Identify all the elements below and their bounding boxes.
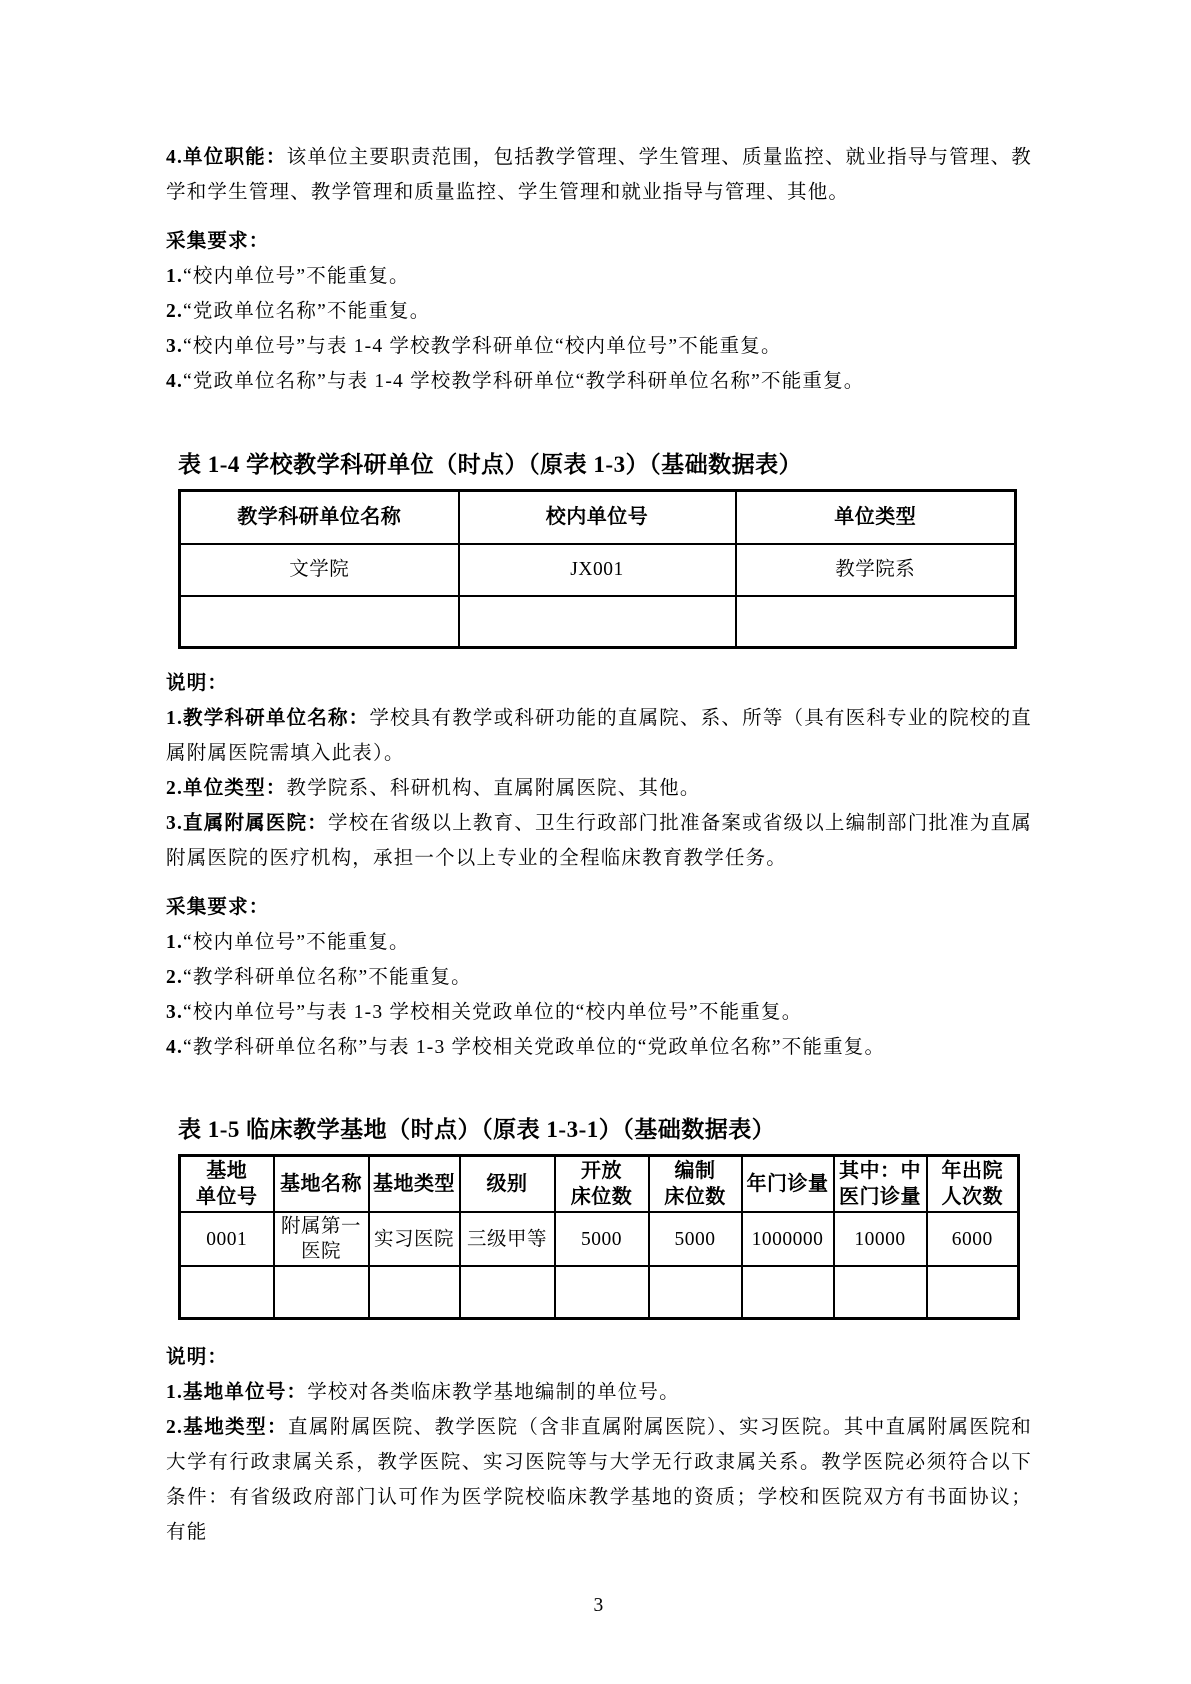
table-1-5-title: 表 1-5 临床教学基地（时点）（原表 1-3-1）（基础数据表） bbox=[178, 1111, 1032, 1149]
table-cell: 6000 bbox=[927, 1212, 1019, 1266]
notes-1-5-item: 2.基地类型：直属附属医院、教学医院（含非直属附属医院）、实习医院。其中直属附属… bbox=[166, 1410, 1032, 1550]
table-cell bbox=[180, 1266, 274, 1318]
table-row bbox=[180, 596, 1016, 648]
table-1-5-header-cell: 开放 床位数 bbox=[555, 1156, 649, 1213]
collection-req-1-title: 采集要求： bbox=[166, 224, 1032, 259]
table-1-5-header-cell: 基地类型 bbox=[369, 1156, 460, 1213]
table-cell bbox=[460, 1266, 555, 1318]
notes-1-4-item: 3.直属附属医院：学校在省级以上教育、卫生行政部门批准备案或省级以上编制部门批准… bbox=[166, 806, 1032, 876]
table-1-5-header-cell: 基地 单位号 bbox=[180, 1156, 274, 1213]
table-cell bbox=[742, 1266, 834, 1318]
table-1-4: 教学科研单位名称 校内单位号 单位类型 文学院 JX001 教学院系 bbox=[178, 489, 1017, 649]
table-cell: 5000 bbox=[555, 1212, 649, 1266]
document-page: 4.单位职能：该单位主要职责范围，包括教学管理、学生管理、质量监控、就业指导与管… bbox=[0, 0, 1191, 1684]
item-number: 3. bbox=[166, 336, 183, 357]
collection-req-2-item: 2.“教学科研单位名称”不能重复。 bbox=[166, 960, 1032, 995]
item-number: 2. bbox=[166, 967, 183, 988]
note-label: 2.单位类型： bbox=[166, 778, 287, 799]
table-cell: 0001 bbox=[180, 1212, 274, 1266]
item-text: “党政单位名称”不能重复。 bbox=[183, 301, 430, 322]
table-cell: 三级甲等 bbox=[460, 1212, 555, 1266]
table-cell: 教学院系 bbox=[736, 544, 1016, 596]
table-1-4-header-cell: 单位类型 bbox=[736, 491, 1016, 544]
table-cell bbox=[369, 1266, 460, 1318]
table-cell bbox=[736, 596, 1016, 648]
table-1-4-header-row: 教学科研单位名称 校内单位号 单位类型 bbox=[180, 491, 1016, 544]
notes-1-4-item: 1.教学科研单位名称：学校具有教学或科研功能的直属院、系、所等（具有医科专业的院… bbox=[166, 701, 1032, 771]
page-number: 3 bbox=[166, 1588, 1032, 1623]
table-row: 0001 附属第一医院 实习医院 三级甲等 5000 5000 1000000 … bbox=[180, 1212, 1019, 1266]
page-content: 4.单位职能：该单位主要职责范围，包括教学管理、学生管理、质量监控、就业指导与管… bbox=[166, 0, 1032, 1623]
table-row: 文学院 JX001 教学院系 bbox=[180, 544, 1016, 596]
item-text: “校内单位号”与表 1-3 学校相关党政单位的“校内单位号”不能重复。 bbox=[183, 1002, 802, 1023]
item-text: “校内单位号”与表 1-4 学校教学科研单位“校内单位号”不能重复。 bbox=[183, 336, 782, 357]
table-1-5-header-cell: 年门诊量 bbox=[742, 1156, 834, 1213]
table-cell bbox=[649, 1266, 742, 1318]
collection-req-2-title: 采集要求： bbox=[166, 890, 1032, 925]
collection-req-1-item: 3.“校内单位号”与表 1-4 学校教学科研单位“校内单位号”不能重复。 bbox=[166, 329, 1032, 364]
note-label: 2.基地类型： bbox=[166, 1417, 288, 1438]
note-label: 1.基地单位号： bbox=[166, 1382, 307, 1403]
item-text: “校内单位号”不能重复。 bbox=[183, 266, 410, 287]
note-label: 1.教学科研单位名称： bbox=[166, 708, 369, 729]
notes-1-5-title: 说明： bbox=[166, 1340, 1032, 1375]
item-number: 4. bbox=[166, 1037, 183, 1058]
table-1-5-header-cell: 其中：中 医门诊量 bbox=[834, 1156, 927, 1213]
table-cell bbox=[834, 1266, 927, 1318]
table-cell: 5000 bbox=[649, 1212, 742, 1266]
note-text: 学校对各类临床教学基地编制的单位号。 bbox=[307, 1382, 680, 1403]
table-cell bbox=[555, 1266, 649, 1318]
table-1-5-header-cell: 基地名称 bbox=[274, 1156, 369, 1213]
table-cell: 附属第一医院 bbox=[274, 1212, 369, 1266]
table-1-5-header-row: 基地 单位号 基地名称 基地类型 级别 开放 床位数 编制 床位数 年门诊量 其… bbox=[180, 1156, 1019, 1213]
table-cell: 实习医院 bbox=[369, 1212, 460, 1266]
table-cell bbox=[274, 1266, 369, 1318]
collection-req-2-item: 3.“校内单位号”与表 1-3 学校相关党政单位的“校内单位号”不能重复。 bbox=[166, 995, 1032, 1030]
table-cell bbox=[180, 596, 459, 648]
table-cell: 1000000 bbox=[742, 1212, 834, 1266]
collection-req-2-item: 4.“教学科研单位名称”与表 1-3 学校相关党政单位的“党政单位名称”不能重复… bbox=[166, 1030, 1032, 1065]
item-number: 1. bbox=[166, 266, 183, 287]
table-1-5-header-cell: 级别 bbox=[460, 1156, 555, 1213]
table-cell: JX001 bbox=[459, 544, 736, 596]
note-text: 直属附属医院、教学医院（含非直属附属医院）、实习医院。其中直属附属医院和大学有行… bbox=[166, 1417, 1032, 1543]
table-cell bbox=[459, 596, 736, 648]
item-number: 3. bbox=[166, 1002, 183, 1023]
table-1-4-title: 表 1-4 学校教学科研单位（时点）（原表 1-3）（基础数据表） bbox=[178, 446, 1032, 484]
table-1-4-header-cell: 教学科研单位名称 bbox=[180, 491, 459, 544]
unit-function-paragraph: 4.单位职能：该单位主要职责范围，包括教学管理、学生管理、质量监控、就业指导与管… bbox=[166, 140, 1032, 210]
note-label: 3.直属附属医院： bbox=[166, 813, 328, 834]
table-1-5-header-cell: 编制 床位数 bbox=[649, 1156, 742, 1213]
notes-1-5-item: 1.基地单位号：学校对各类临床教学基地编制的单位号。 bbox=[166, 1375, 1032, 1410]
item-number: 4. bbox=[166, 371, 183, 392]
item-number: 2. bbox=[166, 301, 183, 322]
collection-req-1-item: 1.“校内单位号”不能重复。 bbox=[166, 259, 1032, 294]
collection-req-1-item: 4.“党政单位名称”与表 1-4 学校教学科研单位“教学科研单位名称”不能重复。 bbox=[166, 364, 1032, 399]
item-text: “校内单位号”不能重复。 bbox=[183, 932, 410, 953]
note-text: 教学院系、科研机构、直属附属医院、其他。 bbox=[287, 778, 701, 799]
unit-function-label: 4.单位职能： bbox=[166, 147, 287, 168]
collection-req-1-item: 2.“党政单位名称”不能重复。 bbox=[166, 294, 1032, 329]
table-cell: 10000 bbox=[834, 1212, 927, 1266]
unit-function-text: 该单位主要职责范围，包括教学管理、学生管理、质量监控、就业指导与管理、教学和学生… bbox=[166, 147, 1032, 203]
table-cell: 文学院 bbox=[180, 544, 459, 596]
table-row bbox=[180, 1266, 1019, 1318]
table-1-5: 基地 单位号 基地名称 基地类型 级别 开放 床位数 编制 床位数 年门诊量 其… bbox=[178, 1154, 1020, 1320]
table-cell bbox=[927, 1266, 1019, 1318]
item-number: 1. bbox=[166, 932, 183, 953]
table-1-4-header-cell: 校内单位号 bbox=[459, 491, 736, 544]
notes-1-4-title: 说明： bbox=[166, 666, 1032, 701]
item-text: “教学科研单位名称”不能重复。 bbox=[183, 967, 472, 988]
notes-1-4-item: 2.单位类型：教学院系、科研机构、直属附属医院、其他。 bbox=[166, 771, 1032, 806]
collection-req-2-item: 1.“校内单位号”不能重复。 bbox=[166, 925, 1032, 960]
table-1-5-header-cell: 年出院 人次数 bbox=[927, 1156, 1019, 1213]
item-text: “教学科研单位名称”与表 1-3 学校相关党政单位的“党政单位名称”不能重复。 bbox=[183, 1037, 885, 1058]
item-text: “党政单位名称”与表 1-4 学校教学科研单位“教学科研单位名称”不能重复。 bbox=[183, 371, 864, 392]
